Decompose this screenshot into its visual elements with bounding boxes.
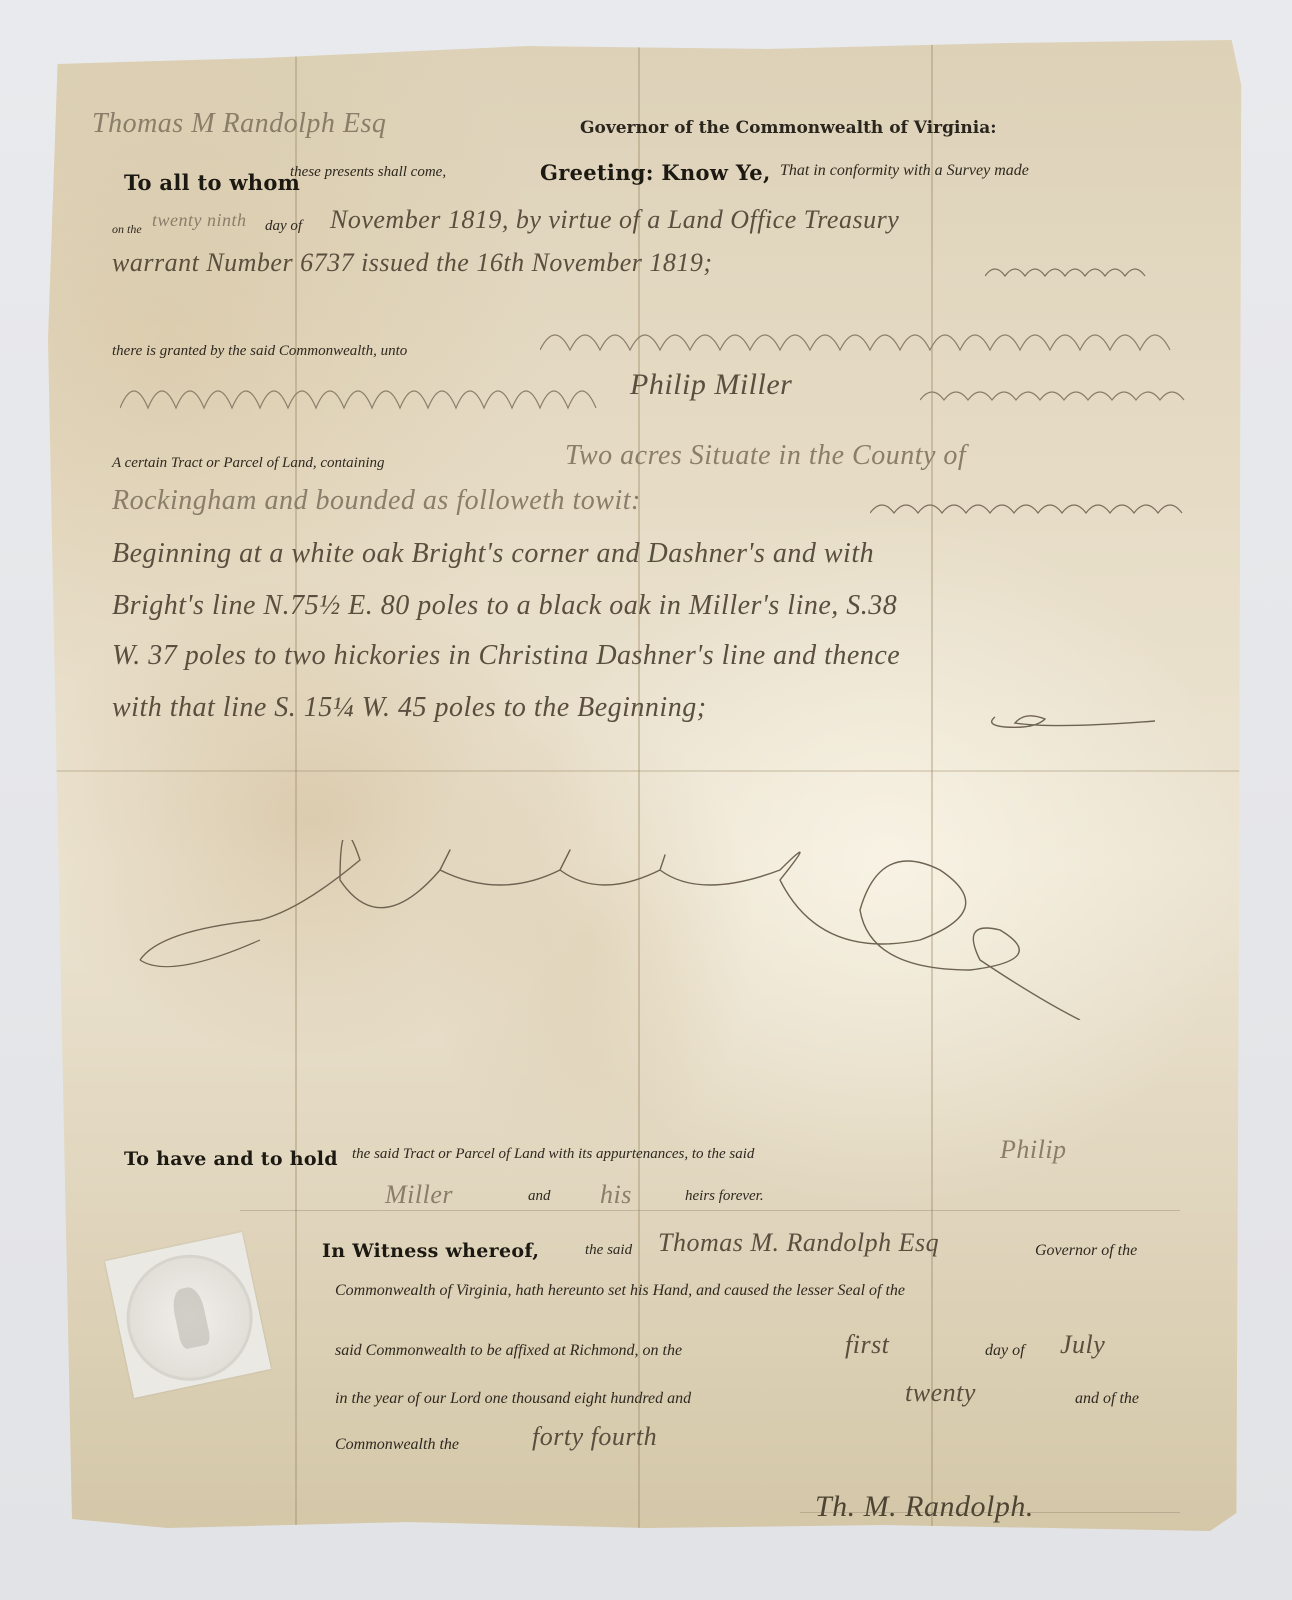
printed-text: day of xyxy=(265,218,302,235)
metes-and-bounds-line: with that line S. 15¼ W. 45 poles to the… xyxy=(112,692,707,724)
printed-text: in the year of our Lord one thousand eig… xyxy=(335,1390,691,1408)
governor-signature: Th. M. Randolph. xyxy=(815,1490,1034,1524)
handwritten-survey-line: November 1819, by virtue of a Land Offic… xyxy=(330,205,899,235)
handwritten-commonwealth-year: forty fourth xyxy=(532,1422,657,1452)
printed-text: That in conformity with a Survey made xyxy=(780,162,1029,180)
signature-line xyxy=(800,1512,1180,1513)
governor-name-handwritten: Thomas M Randolph Esq xyxy=(92,108,386,140)
seal-emboss-icon xyxy=(115,1243,264,1392)
closing-flourish xyxy=(985,705,1185,735)
line-filler-flourish xyxy=(120,370,620,415)
blackletter-habendum: To have and to hold xyxy=(124,1148,338,1170)
handwritten-governor: Thomas M. Randolph Esq xyxy=(658,1228,939,1258)
printed-text: Commonwealth of Virginia, hath hereunto … xyxy=(335,1282,905,1300)
metes-and-bounds-line: Beginning at a white oak Bright's corner… xyxy=(112,538,874,570)
blackletter-greeting: Greeting: Know Ye, xyxy=(540,160,771,185)
printed-text: Commonwealth the xyxy=(335,1436,459,1454)
handwritten-county-line: Rockingham and bounded as followeth towi… xyxy=(112,485,641,517)
metes-and-bounds-line: W. 37 poles to two hickories in Christin… xyxy=(112,640,900,672)
printed-text: the said Tract or Parcel of Land with it… xyxy=(352,1146,754,1163)
blank-space-flourish xyxy=(130,840,1210,1020)
metes-and-bounds-line: Bright's line N.75½ E. 80 poles to a bla… xyxy=(112,590,897,622)
printed-text: and of the xyxy=(1075,1390,1139,1408)
blackletter-witness: In Witness whereof, xyxy=(322,1240,539,1262)
handwritten-grantee-last: Miller xyxy=(385,1180,453,1210)
line-filler-flourish xyxy=(920,380,1190,410)
printed-text: said Commonwealth to be affixed at Richm… xyxy=(335,1342,682,1360)
handwritten-month: July xyxy=(1060,1330,1105,1360)
handwritten-year: twenty xyxy=(905,1378,976,1408)
handwritten-acres: Two acres Situate in the County of xyxy=(565,440,966,472)
handwritten-grantee-first: Philip xyxy=(1000,1135,1067,1165)
printed-text: and xyxy=(528,1188,551,1205)
ruled-line xyxy=(240,1210,1180,1211)
printed-text: there is granted by the said Commonwealt… xyxy=(112,343,407,360)
printed-text: on the xyxy=(112,222,142,237)
grantee-name: Philip Miller xyxy=(630,368,792,402)
printed-text: these presents shall come, xyxy=(290,164,446,181)
printed-title: Governor of the Commonwealth of Virginia… xyxy=(580,118,997,138)
printed-text: heirs forever. xyxy=(685,1188,764,1205)
blackletter-opening: To all to whom xyxy=(124,170,300,195)
printed-text: Governor of the xyxy=(1035,1242,1137,1260)
printed-text: A certain Tract or Parcel of Land, conta… xyxy=(112,455,385,472)
handwritten-day: first xyxy=(845,1330,889,1360)
printed-text: the said xyxy=(585,1242,632,1259)
handwritten-pronoun: his xyxy=(600,1180,632,1210)
handwritten-warrant-line: warrant Number 6737 issued the 16th Nove… xyxy=(112,248,713,278)
seal-figure xyxy=(170,1285,212,1350)
paper-wafer-seal xyxy=(105,1232,271,1398)
line-filler-flourish xyxy=(540,320,1190,360)
printed-text: day of xyxy=(985,1342,1025,1360)
fold-crease xyxy=(931,40,933,1537)
handwritten-survey-day: twenty ninth xyxy=(152,210,247,231)
fold-crease xyxy=(48,770,1246,772)
line-filler-flourish xyxy=(985,258,1185,288)
line-filler-flourish xyxy=(870,493,1190,523)
